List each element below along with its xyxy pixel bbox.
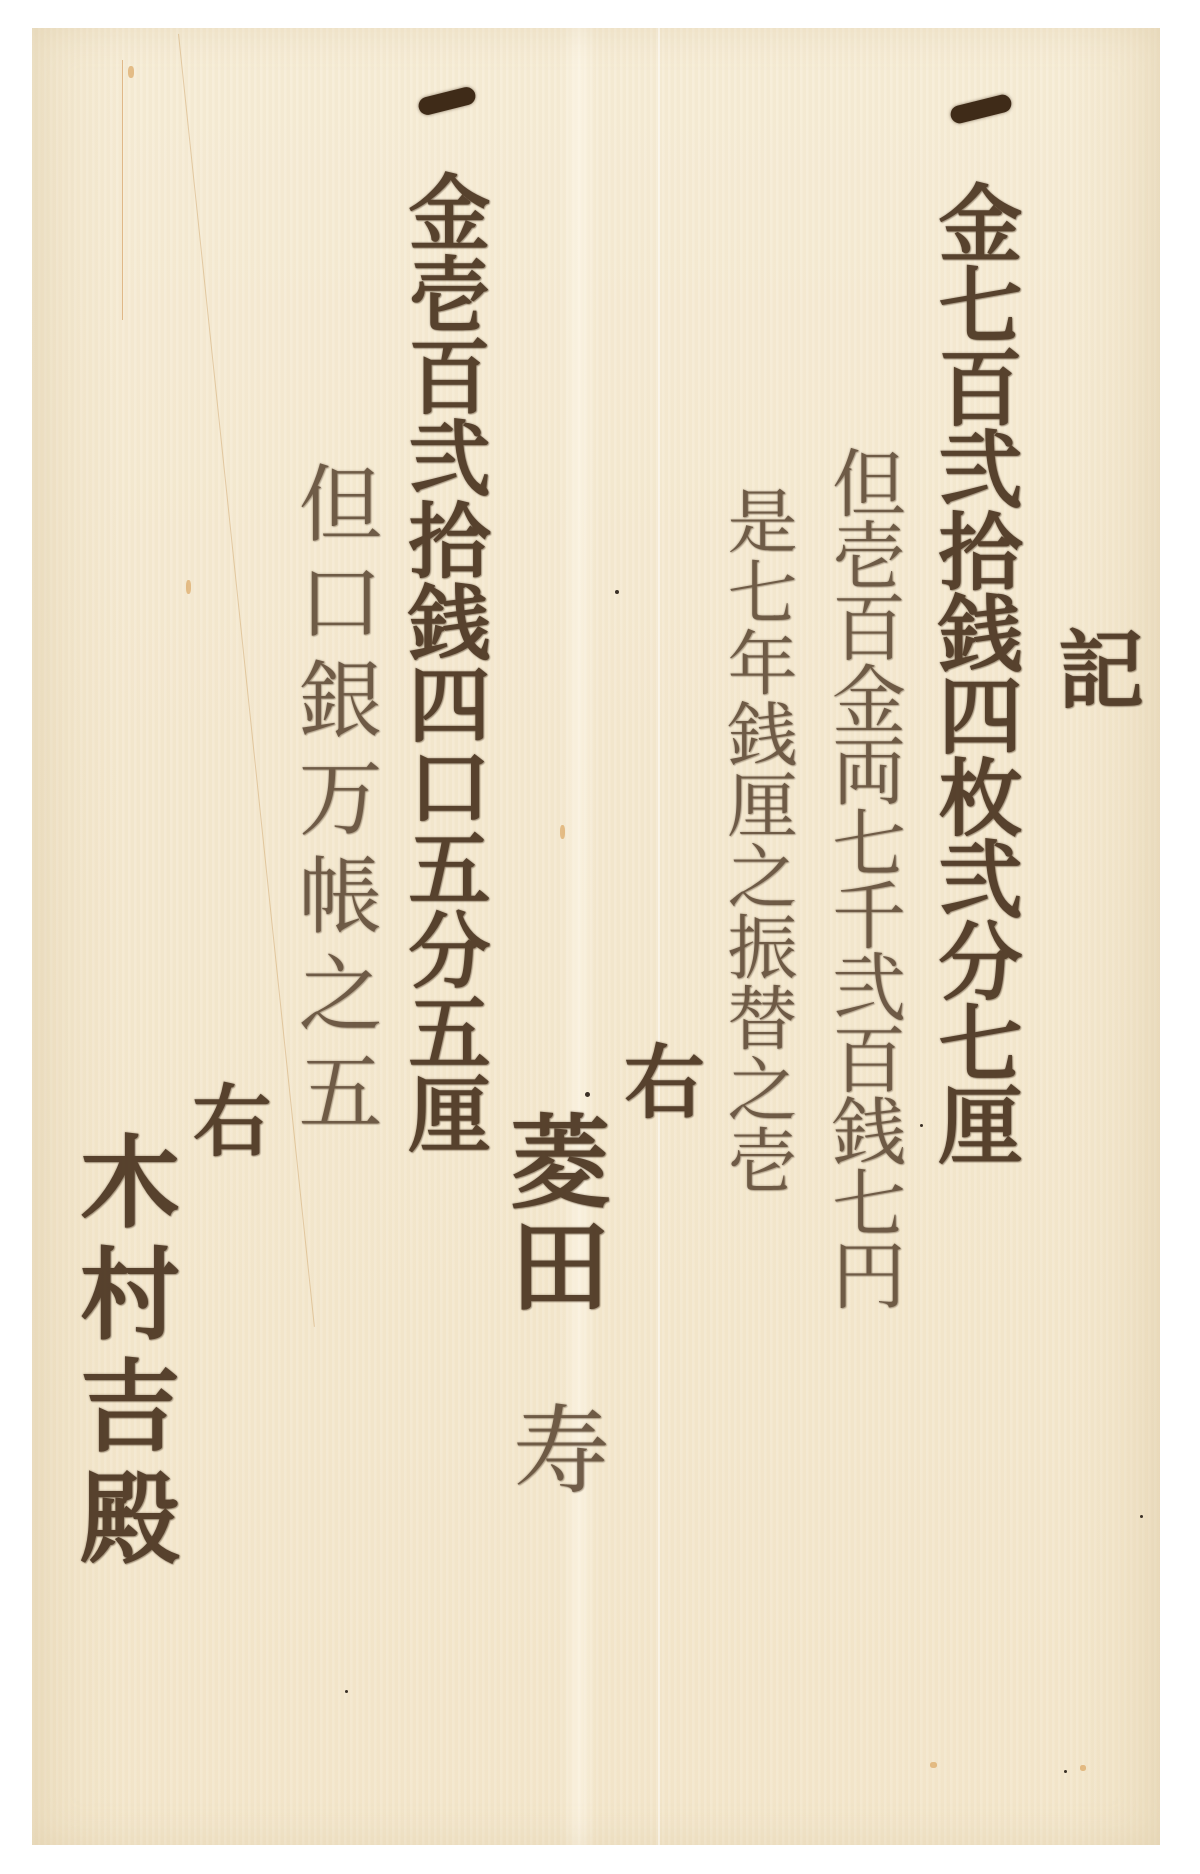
sender-given-name: 寿	[506, 1400, 602, 1496]
sender-surname: 菱田	[502, 1110, 602, 1318]
item-2-amount-line: 金壱百弐拾銭四口五分五厘	[402, 170, 484, 1154]
paper-speck	[920, 1124, 923, 1127]
closing-mark: 右	[186, 1080, 264, 1158]
paper-fold-crease	[658, 28, 660, 1845]
paper-stain	[1080, 1765, 1086, 1771]
paper-speck	[1140, 1515, 1143, 1518]
document-header: 記	[1050, 625, 1136, 711]
paper-fiber-line	[122, 60, 123, 320]
item-1-note-line: 是七年銭厘之振替之壱	[722, 485, 792, 1195]
paper-speck	[615, 590, 619, 594]
paper-speck	[585, 1092, 590, 1097]
item-1-amount-line: 金七百弐拾銭四枚弐分七厘	[932, 180, 1016, 1164]
paper-stain	[186, 580, 191, 594]
item-1-note-line: 但壱百金両七千弐百銭七円	[826, 445, 900, 1309]
closing-mark: 右	[618, 1040, 698, 1120]
item-2-note-line: 但口銀万帳之五	[292, 460, 376, 1146]
paper-speck	[345, 1690, 348, 1693]
paper-speck	[1064, 1770, 1067, 1773]
paper-stain	[128, 66, 134, 78]
paper-stain	[930, 1762, 937, 1768]
recipient-name: 木村吉殿	[72, 1130, 172, 1578]
paper-stain	[560, 825, 565, 839]
